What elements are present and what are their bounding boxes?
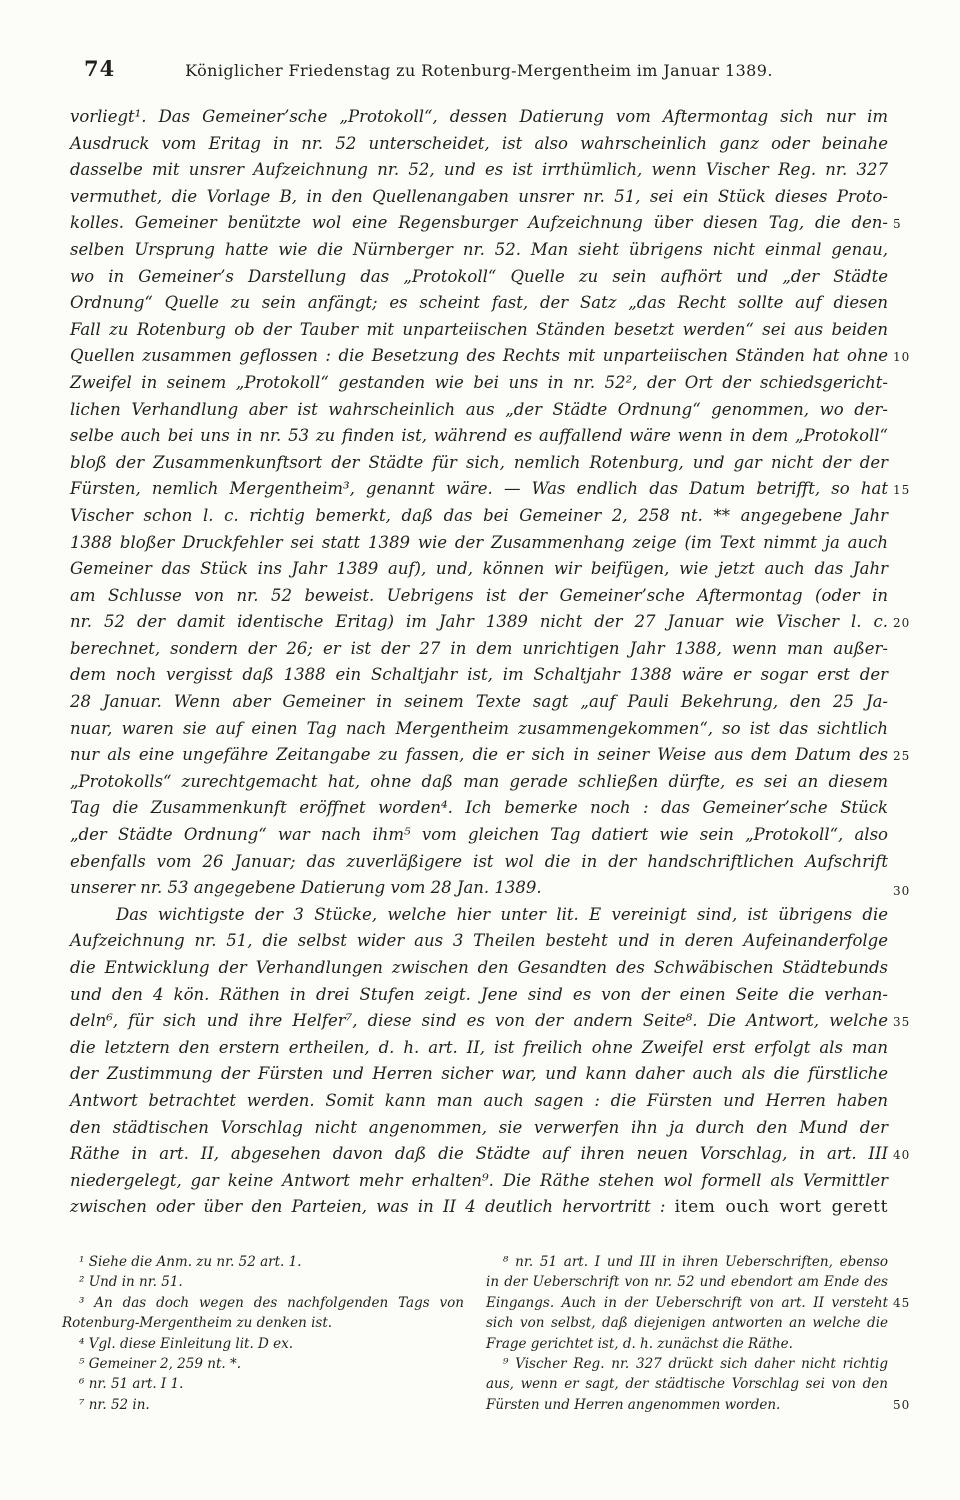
body-text-line: Gemeiner das Stück ins Jahr 1389 auf), u… — [70, 556, 888, 583]
footnote-line: sich von selbst, daß diejenigen antworte… — [486, 1313, 888, 1333]
line-text-italic: zwischen oder über den Parteien, was in … — [70, 1197, 675, 1216]
margin-line-number: 25 — [893, 749, 929, 763]
body-text-line: 1388 bloßer Druckfehler sei statt 1389 w… — [70, 530, 888, 557]
body-text-line: Fall zu Rotenburg ob der Tauber mit unpa… — [70, 317, 888, 344]
footnote-line: ⁹ Vischer Reg. nr. 327 drückt sich daher… — [486, 1354, 888, 1374]
margin-line-number: 35 — [893, 1015, 929, 1029]
body-text-line: der Zustimmung der Fürsten und Herren si… — [70, 1061, 888, 1088]
footnote-line: ⁷ nr. 52 in. — [62, 1395, 464, 1415]
main-text-block: vorliegt¹. Das Gemeiner’sche „Protokoll“… — [70, 104, 888, 1221]
body-text-line: ebenfalls vom 26 Januar; das zuverläßige… — [70, 849, 888, 876]
body-text-line: unserer nr. 53 angegebene Datierung vom … — [70, 875, 888, 902]
footnote-line: ⁶ nr. 51 art. I 1. — [62, 1374, 464, 1394]
footnote-line: ⁴ Vgl. diese Einleitung lit. D ex. — [62, 1334, 464, 1354]
body-text-line: wo in Gemeiner’s Darstellung das „Protok… — [70, 264, 888, 291]
body-text-line: zwischen oder über den Parteien, was in … — [70, 1194, 888, 1221]
margin-line-number: 20 — [893, 616, 929, 630]
body-text-line: Antwort betrachtet werden. Somit kann ma… — [70, 1088, 888, 1115]
body-text-line: Fürsten, nemlich Mergentheim³, genannt w… — [70, 476, 888, 503]
footnote-line: ⁸ nr. 51 art. I und III in ihren Uebersc… — [486, 1252, 888, 1272]
body-text-line: Zweifel in seinem „Protokoll“ gestanden … — [70, 370, 888, 397]
body-text-line: berechnet, sondern der 26; er ist der 27… — [70, 636, 888, 663]
body-text-line: niedergelegt, gar keine Antwort mehr erh… — [70, 1168, 888, 1195]
body-text-line: Aufzeichnung nr. 51, die selbst wider au… — [70, 928, 888, 955]
body-text-line: dem noch vergisst daß 1388 ein Schaltjah… — [70, 662, 888, 689]
footnote-line: ⁵ Gemeiner 2, 259 nt. *. — [62, 1354, 464, 1374]
body-text-line: nuar, waren sie auf einen Tag nach Merge… — [70, 716, 888, 743]
body-text-line: dasselbe mit unsrer Aufzeichnung nr. 52,… — [70, 157, 888, 184]
body-text-line: Ordnung“ Quelle zu sein anfängt; es sche… — [70, 290, 888, 317]
body-text-line: Das wichtigste der 3 Stücke, welche hier… — [70, 902, 888, 929]
body-text-line: „Protokolls“ zurechtgemacht hat, ohne da… — [70, 769, 888, 796]
body-text-line: selben Ursprung hatte wie die Nürnberger… — [70, 237, 888, 264]
body-text-line: deln⁶, für sich und ihre Helfer⁷, diese … — [70, 1008, 888, 1035]
margin-line-number: 50 — [893, 1398, 929, 1412]
body-text-line: nur als eine ungefähre Zeitangabe zu fas… — [70, 742, 888, 769]
footnote-line: ¹ Siehe die Anm. zu nr. 52 art. 1. — [62, 1252, 464, 1272]
footnote-line: Rotenburg-Mergentheim zu denken ist. — [62, 1313, 464, 1333]
body-text-line: bloß der Zusammenkunftsort der Städte fü… — [70, 450, 888, 477]
margin-line-number: 10 — [893, 350, 929, 364]
body-text-line: Tag die Zusammenkunft eröffnet worden⁴. … — [70, 795, 888, 822]
margin-line-number: 40 — [893, 1148, 929, 1162]
margin-line-number: 5 — [893, 217, 929, 231]
body-text-line: Räthe in art. II, abgesehen davon daß di… — [70, 1141, 888, 1168]
footnote-line: aus, wenn er sagt, der städtische Vorsch… — [486, 1374, 888, 1394]
margin-line-number: 30 — [893, 884, 929, 898]
body-text-line: „der Städte Ordnung“ war nach ihm⁵ vom g… — [70, 822, 888, 849]
footnote-line: Frage gerichtet ist, d. h. zunächst die … — [486, 1334, 888, 1354]
body-text-line: lichen Verhandlung aber ist wahrscheinli… — [70, 397, 888, 424]
footnote-column-left: ¹ Siehe die Anm. zu nr. 52 art. 1.² Und … — [62, 1252, 464, 1415]
body-text-line: Ausdruck vom Eritag in nr. 52 unterschei… — [70, 131, 888, 158]
footnote-line: ³ An das doch wegen des nachfolgenden Ta… — [62, 1293, 464, 1313]
quoted-source-text: item ouch wort gerett — [675, 1197, 888, 1217]
margin-line-number: 15 — [893, 483, 929, 497]
footnote-line: ² Und in nr. 51. — [62, 1272, 464, 1292]
body-text-line: die Entwicklung der Verhandlungen zwisch… — [70, 955, 888, 982]
body-text-line: vorliegt¹. Das Gemeiner’sche „Protokoll“… — [70, 104, 888, 131]
running-head-title: Königlicher Friedenstag zu Rotenburg-Mer… — [70, 61, 888, 80]
footnotes-section: ¹ Siehe die Anm. zu nr. 52 art. 1.² Und … — [62, 1252, 888, 1415]
footnote-line: Eingangs. Auch in der Ueberschrift von a… — [486, 1293, 888, 1313]
body-text-line: nr. 52 der damit identische Eritag) im J… — [70, 609, 888, 636]
book-page: 74 Königlicher Friedenstag zu Rotenburg-… — [0, 0, 960, 1500]
footnote-line: Fürsten und Herren angenommen worden. — [486, 1395, 888, 1415]
body-text-line: 28 Januar. Wenn aber Gemeiner in seinem … — [70, 689, 888, 716]
body-text-line: den städtischen Vorschlag nicht angenomm… — [70, 1115, 888, 1142]
body-text-line: Vischer schon l. c. richtig bemerkt, daß… — [70, 503, 888, 530]
body-text-line: Quellen zusammen geflossen : die Besetzu… — [70, 343, 888, 370]
body-text-line: kolles. Gemeiner benützte wol eine Regen… — [70, 210, 888, 237]
body-text-line: selbe auch bei uns in nr. 53 zu finden i… — [70, 423, 888, 450]
body-text-line: die letztern den erstern ertheilen, d. h… — [70, 1035, 888, 1062]
body-text-line: und den 4 kön. Räthen in drei Stufen zei… — [70, 982, 888, 1009]
body-text-line: am Schlusse von nr. 52 beweist. Uebrigen… — [70, 583, 888, 610]
footnote-column-right: ⁸ nr. 51 art. I und III in ihren Uebersc… — [486, 1252, 888, 1415]
footnote-line: in der Ueberschrift von nr. 52 und ebend… — [486, 1272, 888, 1292]
margin-line-number: 45 — [893, 1296, 929, 1310]
body-text-line: vermuthet, die Vorlage B, in den Quellen… — [70, 184, 888, 211]
